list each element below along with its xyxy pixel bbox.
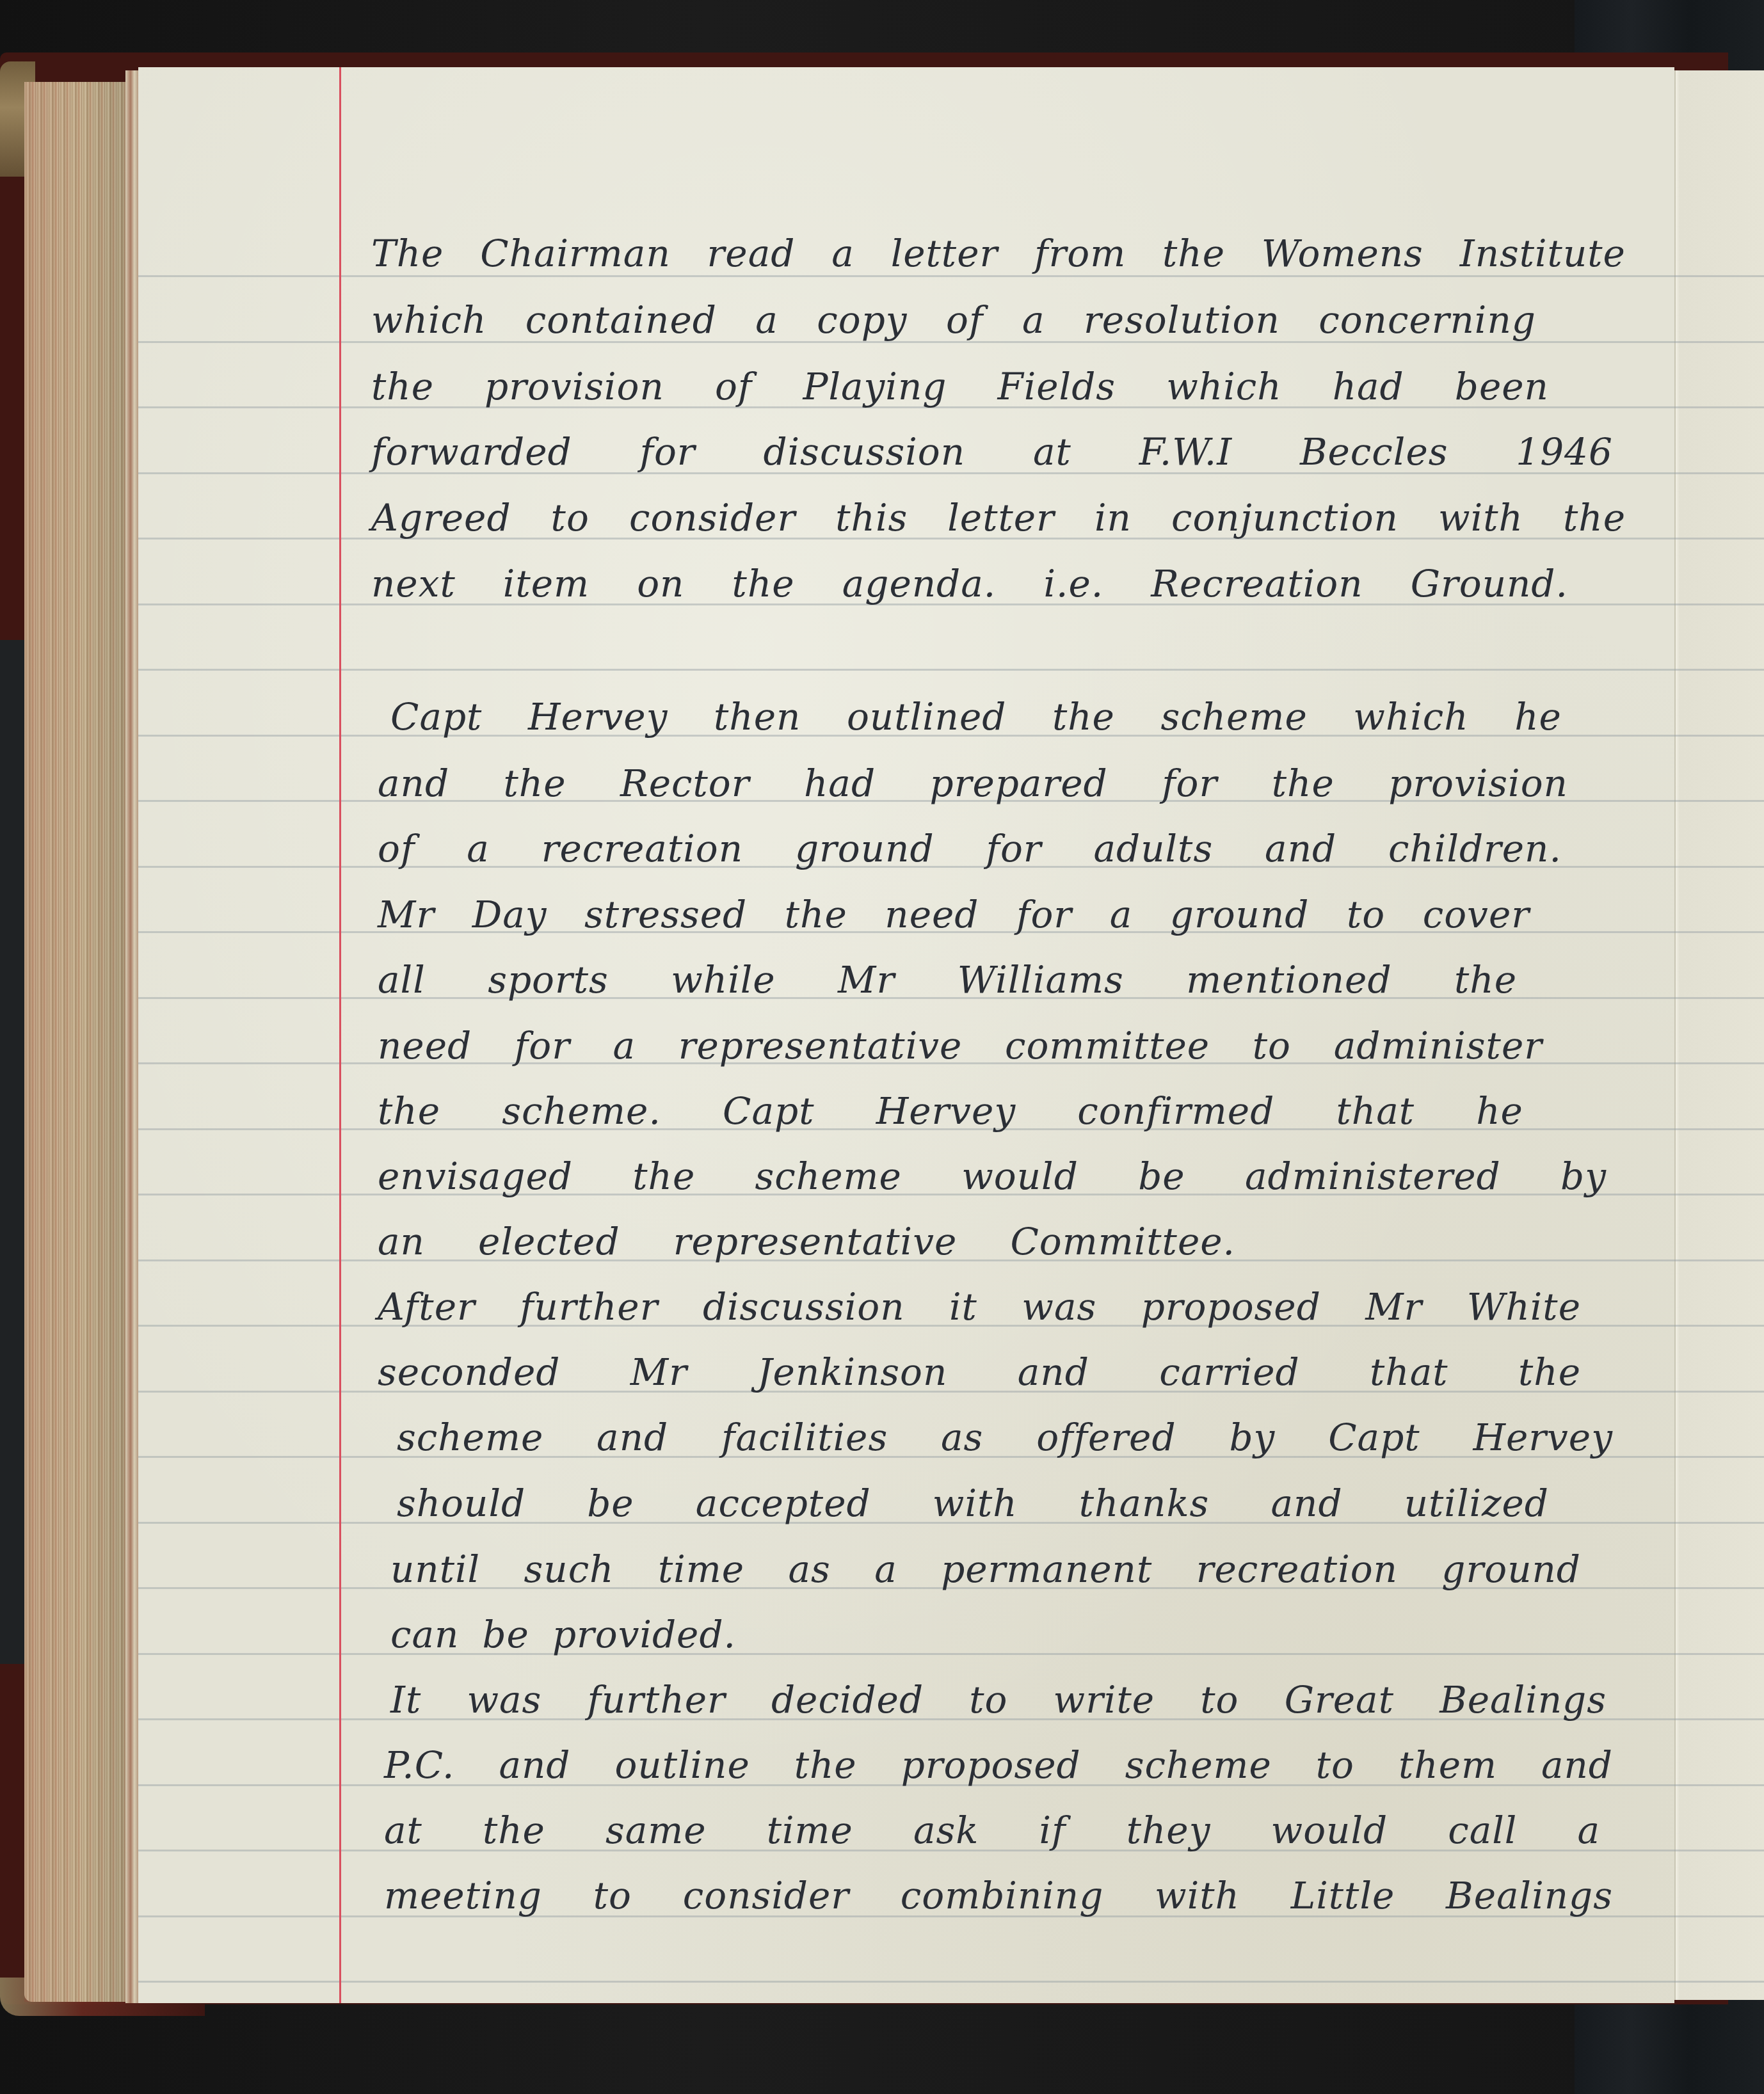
handwritten-word: Committee. bbox=[1010, 1220, 1235, 1263]
handwritten-word: until bbox=[390, 1547, 480, 1591]
text-line: allsportswhileMrWilliamsmentionedthe bbox=[378, 958, 1517, 1002]
handwritten-word: further bbox=[520, 1285, 658, 1329]
handwritten-word: further bbox=[588, 1678, 726, 1722]
handwritten-word: outlined bbox=[847, 695, 1007, 739]
text-line: ofarecreationgroundforadultsandchildren. bbox=[378, 827, 1562, 870]
handwritten-word: children. bbox=[1388, 827, 1562, 870]
handwritten-word: administered bbox=[1245, 1155, 1501, 1198]
handwritten-word: the bbox=[1563, 496, 1626, 539]
handwritten-word: they bbox=[1127, 1809, 1211, 1852]
handwritten-word: and bbox=[1271, 1482, 1342, 1525]
text-line: MrDaystressedtheneedforagroundtocover bbox=[378, 893, 1530, 936]
handwritten-word: read bbox=[707, 232, 796, 275]
handwritten-word: Hervey bbox=[528, 695, 668, 739]
handwritten-word: utilized bbox=[1404, 1482, 1549, 1525]
handwritten-word: elected bbox=[478, 1220, 620, 1263]
handwritten-word: scheme bbox=[1125, 1743, 1272, 1787]
red-margin-rule bbox=[339, 67, 341, 2003]
handwritten-word: cover bbox=[1423, 893, 1530, 936]
handwritten-word: a bbox=[755, 298, 778, 342]
handwritten-word: and bbox=[1265, 827, 1336, 870]
handwritten-word: would bbox=[1271, 1809, 1388, 1852]
handwritten-word: he bbox=[1476, 1089, 1523, 1133]
handwritten-word: Rector bbox=[620, 762, 750, 805]
handwritten-word: be bbox=[587, 1482, 634, 1525]
handwritten-word: contained bbox=[525, 298, 717, 342]
handwritten-word: accepted bbox=[696, 1482, 871, 1525]
handwritten-word: this bbox=[835, 496, 908, 539]
handwritten-word: be bbox=[1138, 1155, 1185, 1198]
handwritten-word: seconded bbox=[378, 1350, 560, 1394]
text-line: P.C.andoutlinetheproposedschemetothemand bbox=[384, 1743, 1613, 1787]
text-line: shouldbeacceptedwiththanksandutilized bbox=[397, 1482, 1549, 1525]
handwritten-word: such bbox=[524, 1547, 614, 1591]
handwritten-word: the bbox=[483, 1809, 545, 1852]
handwritten-word: Jenkinson bbox=[757, 1350, 947, 1394]
handwritten-word: Great bbox=[1285, 1678, 1394, 1722]
handwritten-word: F.W.I bbox=[1139, 430, 1232, 474]
handwritten-word: had bbox=[804, 762, 876, 805]
handwritten-word: Mr bbox=[1365, 1285, 1422, 1329]
handwritten-word: as bbox=[788, 1547, 830, 1591]
handwritten-word: call bbox=[1448, 1809, 1517, 1852]
handwritten-word: Mr bbox=[838, 958, 895, 1002]
text-line: needforarepresentativecommitteetoadminis… bbox=[378, 1024, 1543, 1067]
text-line: nextitemontheagenda.i.e.RecreationGround… bbox=[371, 562, 1568, 605]
handwritten-word: Hervey bbox=[876, 1089, 1016, 1133]
handwritten-word: and bbox=[378, 762, 449, 805]
handwritten-word: Bealings bbox=[1446, 1874, 1613, 1917]
handwritten-word: a bbox=[1110, 893, 1133, 936]
handwritten-word: while bbox=[671, 958, 775, 1002]
text-line: forwardedfordiscussionatF.W.IBeccles1946 bbox=[371, 430, 1613, 474]
handwritten-word: to bbox=[969, 1678, 1007, 1722]
page-inner-edge bbox=[125, 70, 138, 2003]
handwritten-word: sports bbox=[488, 958, 609, 1002]
handwritten-word: had bbox=[1333, 365, 1404, 408]
handwritten-word: he bbox=[1514, 695, 1562, 739]
handwritten-word: need bbox=[885, 893, 979, 936]
handwritten-word: Capt bbox=[723, 1089, 814, 1133]
handwritten-word: the bbox=[1052, 695, 1115, 739]
handwritten-word: as bbox=[941, 1416, 983, 1459]
handwritten-word: copy bbox=[817, 298, 907, 342]
handwritten-word: to bbox=[551, 496, 589, 539]
handwritten-word: which bbox=[371, 298, 486, 342]
text-line: Agreedtoconsiderthisletterinconjunctionw… bbox=[371, 496, 1626, 539]
text-line: envisagedtheschemewouldbeadministeredby bbox=[378, 1155, 1607, 1198]
handwritten-word: forwarded bbox=[371, 430, 572, 474]
handwritten-word: that bbox=[1336, 1089, 1415, 1133]
handwritten-word: with bbox=[1155, 1874, 1240, 1917]
handwritten-word: that bbox=[1370, 1350, 1448, 1394]
handwritten-word: ask bbox=[913, 1809, 979, 1852]
handwritten-word: can bbox=[390, 1613, 459, 1656]
handwritten-word: Institute bbox=[1460, 232, 1626, 275]
handwritten-word: recreation bbox=[541, 827, 743, 870]
handwritten-word: of bbox=[715, 365, 752, 408]
ruled-line bbox=[138, 1653, 1764, 1655]
handwritten-word: then bbox=[714, 695, 801, 739]
handwritten-word: White bbox=[1467, 1285, 1581, 1329]
handwritten-word: conjunction bbox=[1171, 496, 1399, 539]
handwritten-word: prepared bbox=[930, 762, 1108, 805]
handwritten-word: the bbox=[632, 1155, 695, 1198]
handwritten-word: Womens bbox=[1262, 232, 1423, 275]
text-line: secondedMrJenkinsonandcarriedthatthe bbox=[378, 1350, 1581, 1394]
handwritten-word: facilities bbox=[721, 1416, 888, 1459]
handwritten-word: Mr bbox=[630, 1350, 687, 1394]
handwritten-word: P.C. bbox=[384, 1743, 454, 1787]
handwritten-word: Day bbox=[472, 893, 547, 936]
text-line: canbeprovided. bbox=[390, 1613, 736, 1656]
handwritten-word: administer bbox=[1334, 1024, 1543, 1067]
handwritten-word: Williams bbox=[958, 958, 1124, 1002]
text-line: meetingtoconsidercombiningwithLittleBeal… bbox=[384, 1874, 1613, 1917]
handwritten-word: the bbox=[794, 1743, 857, 1787]
ruled-line bbox=[138, 669, 1764, 671]
handwritten-word: and bbox=[1018, 1350, 1089, 1394]
handwritten-word: an bbox=[378, 1220, 425, 1263]
handwritten-word: Capt bbox=[1328, 1416, 1420, 1459]
text-line: theprovisionofPlayingFieldswhichhadbeen bbox=[371, 365, 1549, 408]
cover-spine-cloth bbox=[0, 640, 26, 1664]
handwritten-word: committee bbox=[1005, 1024, 1210, 1067]
handwritten-word: from bbox=[1034, 232, 1126, 275]
handwritten-word: i.e. bbox=[1043, 562, 1103, 605]
handwritten-word: a bbox=[874, 1547, 897, 1591]
handwritten-word: for bbox=[1016, 893, 1072, 936]
handwritten-word: of bbox=[946, 298, 983, 342]
text-line: AfterfurtherdiscussionitwasproposedMrWhi… bbox=[378, 1285, 1581, 1329]
handwritten-word: Fields bbox=[997, 365, 1116, 408]
handwritten-word: envisaged bbox=[378, 1155, 573, 1198]
handwritten-word: if bbox=[1039, 1809, 1066, 1852]
handwritten-word: and bbox=[1541, 1743, 1613, 1787]
handwritten-word: 1946 bbox=[1516, 430, 1613, 474]
handwritten-word: recreation bbox=[1196, 1547, 1398, 1591]
handwritten-word: Beccles bbox=[1300, 430, 1448, 474]
handwritten-word: a bbox=[1022, 298, 1045, 342]
handwritten-word: provision bbox=[485, 365, 664, 408]
handwritten-word: for bbox=[515, 1024, 570, 1067]
ruled-line bbox=[138, 1981, 1764, 1983]
handwritten-word: to bbox=[593, 1874, 632, 1917]
handwritten-word: write bbox=[1054, 1678, 1155, 1722]
text-line: schemeandfacilitiesasofferedbyCaptHervey bbox=[397, 1416, 1613, 1459]
handwritten-word: next bbox=[371, 562, 456, 605]
handwritten-word: scheme bbox=[397, 1416, 543, 1459]
handwritten-word: with bbox=[933, 1482, 1018, 1525]
handwritten-word: by bbox=[1229, 1416, 1275, 1459]
handwritten-word: offered bbox=[1036, 1416, 1176, 1459]
handwritten-word: carried bbox=[1159, 1350, 1300, 1394]
handwritten-word: thanks bbox=[1079, 1482, 1210, 1525]
handwritten-word: in bbox=[1094, 496, 1132, 539]
handwritten-word: confirmed bbox=[1077, 1089, 1274, 1133]
text-line: atthesametimeaskiftheywouldcalla bbox=[384, 1809, 1600, 1852]
handwritten-word: consider bbox=[683, 1874, 849, 1917]
handwritten-word: ground bbox=[1170, 893, 1310, 936]
handwritten-word: on bbox=[637, 562, 684, 605]
handwritten-word: item bbox=[503, 562, 589, 605]
handwritten-word: which bbox=[1353, 695, 1468, 739]
text-line: ItwasfurtherdecidedtowritetoGreatBealing… bbox=[390, 1678, 1607, 1722]
text-line: andtheRectorhadpreparedfortheprovision bbox=[378, 762, 1568, 805]
handwritten-word: to bbox=[1347, 893, 1385, 936]
handwritten-word: resolution bbox=[1084, 298, 1280, 342]
handwritten-word: it bbox=[949, 1285, 977, 1329]
handwritten-word: the bbox=[504, 762, 566, 805]
handwritten-word: Capt bbox=[390, 695, 482, 739]
handwritten-word: meeting bbox=[384, 1874, 542, 1917]
handwritten-word: Playing bbox=[803, 365, 947, 408]
handwritten-word: them bbox=[1399, 1743, 1497, 1787]
handwritten-word: for bbox=[986, 827, 1041, 870]
text-line: CaptHerveythenoutlinedtheschemewhichhe bbox=[390, 695, 1562, 739]
text-line: anelectedrepresentativeCommittee. bbox=[378, 1220, 1235, 1263]
handwritten-word: of bbox=[378, 827, 415, 870]
handwritten-word: and bbox=[499, 1743, 570, 1787]
handwritten-word: ground bbox=[795, 827, 934, 870]
handwritten-word: Hervey bbox=[1473, 1416, 1613, 1459]
handwritten-word: concerning bbox=[1319, 298, 1536, 342]
handwritten-word: After bbox=[378, 1285, 476, 1329]
handwritten-word: should bbox=[397, 1482, 525, 1525]
handwritten-word: mentioned bbox=[1186, 958, 1391, 1002]
handwritten-word: the bbox=[1272, 762, 1335, 805]
handwritten-word: the bbox=[1454, 958, 1517, 1002]
handwritten-word: the bbox=[1162, 232, 1225, 275]
handwritten-word: letter bbox=[947, 496, 1055, 539]
handwritten-word: ground bbox=[1441, 1547, 1581, 1591]
handwritten-word: all bbox=[378, 958, 426, 1002]
handwritten-word: outline bbox=[614, 1743, 750, 1787]
handwritten-word: The bbox=[371, 232, 444, 275]
ruled-line bbox=[138, 275, 1764, 277]
handwritten-word: agenda. bbox=[842, 562, 997, 605]
handwritten-word: letter bbox=[891, 232, 998, 275]
handwritten-word: discussion bbox=[703, 1285, 905, 1329]
handwritten-word: Chairman bbox=[480, 232, 671, 275]
text-line: whichcontainedacopyofaresolutionconcerni… bbox=[371, 298, 1536, 342]
text-line: TheChairmanreadaletterfromtheWomensInsti… bbox=[371, 232, 1626, 275]
handwritten-word: representative bbox=[673, 1220, 958, 1263]
handwritten-word: provision bbox=[1388, 762, 1568, 805]
handwritten-word: a bbox=[831, 232, 854, 275]
handwritten-word: It bbox=[390, 1678, 421, 1722]
handwritten-word: consider bbox=[629, 496, 796, 539]
handwritten-word: permanent bbox=[941, 1547, 1152, 1591]
handwritten-word: been bbox=[1455, 365, 1549, 408]
handwritten-word: a bbox=[613, 1024, 636, 1067]
handwritten-word: for bbox=[639, 430, 695, 474]
handwritten-word: discussion bbox=[763, 430, 965, 474]
handwritten-word: scheme bbox=[1160, 695, 1307, 739]
handwritten-word: proposed bbox=[1141, 1285, 1321, 1329]
handwritten-word: same bbox=[605, 1809, 707, 1852]
handwritten-word: Little bbox=[1291, 1874, 1395, 1917]
handwritten-word: to bbox=[1316, 1743, 1354, 1787]
handwritten-word: time bbox=[658, 1547, 744, 1591]
handwritten-word: Agreed bbox=[371, 496, 511, 539]
text-line: untilsuchtimeasapermanentrecreationgroun… bbox=[390, 1547, 1581, 1591]
handwritten-word: and bbox=[597, 1416, 668, 1459]
page-edge-stack bbox=[24, 82, 138, 2002]
handwritten-word: to bbox=[1253, 1024, 1291, 1067]
handwritten-word: which bbox=[1166, 365, 1281, 408]
handwritten-word: by bbox=[1560, 1155, 1607, 1198]
handwritten-word: the bbox=[378, 1089, 440, 1133]
handwritten-word: combining bbox=[901, 1874, 1103, 1917]
handwritten-word: provided. bbox=[552, 1613, 736, 1656]
handwritten-word: stressed bbox=[584, 893, 747, 936]
handwritten-word: decided bbox=[771, 1678, 924, 1722]
handwritten-word: with bbox=[1438, 496, 1523, 539]
handwritten-word: was bbox=[467, 1678, 541, 1722]
next-page-edge bbox=[1674, 70, 1764, 2000]
handwritten-word: proposed bbox=[901, 1743, 1081, 1787]
handwritten-word: scheme. bbox=[502, 1089, 661, 1133]
handwritten-word: the bbox=[732, 562, 795, 605]
handwritten-word: the bbox=[785, 893, 847, 936]
handwritten-word: the bbox=[1518, 1350, 1581, 1394]
handwritten-word: representative bbox=[678, 1024, 963, 1067]
handwritten-word: at bbox=[1033, 430, 1071, 474]
handwritten-word: was bbox=[1022, 1285, 1096, 1329]
handwritten-word: at bbox=[384, 1809, 422, 1852]
handwritten-word: to bbox=[1200, 1678, 1239, 1722]
handwritten-word: for bbox=[1162, 762, 1217, 805]
handwritten-word: be bbox=[482, 1613, 529, 1656]
text-line: thescheme.CaptHerveyconfirmedthathe bbox=[378, 1089, 1523, 1133]
handwritten-word: Bealings bbox=[1439, 1678, 1607, 1722]
handwritten-word: Mr bbox=[378, 893, 435, 936]
handwritten-word: Recreation bbox=[1151, 562, 1363, 605]
handwritten-word: a bbox=[1577, 1809, 1600, 1852]
handwritten-word: would bbox=[961, 1155, 1078, 1198]
handwritten-word: Ground. bbox=[1411, 562, 1568, 605]
handwritten-word: scheme bbox=[755, 1155, 902, 1198]
handwritten-word: the bbox=[371, 365, 434, 408]
handwritten-word: adults bbox=[1093, 827, 1213, 870]
handwritten-word: need bbox=[378, 1024, 472, 1067]
handwritten-word: time bbox=[767, 1809, 853, 1852]
handwritten-word: a bbox=[467, 827, 490, 870]
